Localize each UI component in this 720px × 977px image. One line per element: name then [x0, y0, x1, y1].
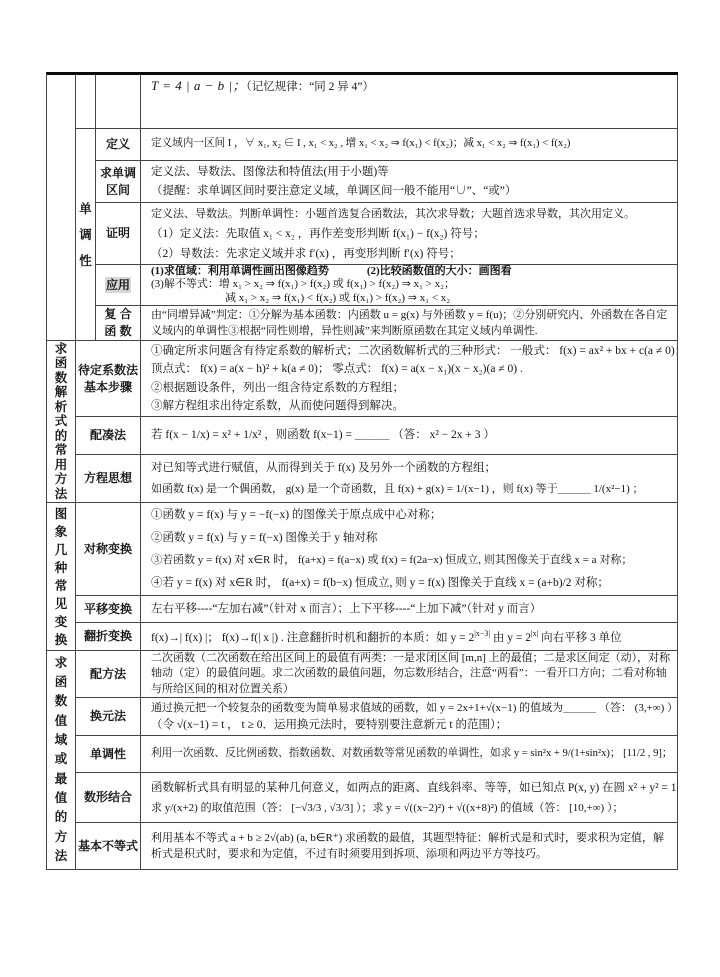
row-label-number-shape: 数形结合: [76, 773, 141, 823]
paragraph: 由“同增异减”判定：①分解为基本函数：内函数 u = g(x) 与外函数 y =…: [151, 307, 671, 339]
row-label-find-interval: 求单调 区间: [96, 161, 141, 203]
empty-cell: [76, 75, 96, 129]
paragraph: 二次函数（二次函数在给出区间上的最值有两类：一是求闭区间 [m,n] 上的最值；…: [151, 651, 671, 697]
application-cell: (1)求值域：利用单调性画出图像趋势(2)比较函数值的大小：画图看 (3)解不等…: [141, 265, 678, 306]
line: 通过换元把一个较复杂的函数变为简单易求值域的函数，如 y = 2x+1+√(x−…: [151, 700, 671, 717]
line: 顶点式： f(x) = a(x − h)² + k(a ≠ 0)； 零点式： f…: [151, 360, 671, 379]
row-label-undetermined-coefficients: 待定系数法 基本步骤: [76, 341, 141, 417]
row-label-basic-inequality: 基本不等式: [76, 823, 141, 870]
equation-idea-cell: 对已知等式进行赋值，从而得到关于 f(x) 及另外一个函数的方程组； 如函数 f…: [141, 455, 678, 503]
line: 若 f(x − 1/x) = x² + 1/x² ，则函数 f(x−1) = ＿…: [151, 426, 671, 445]
line: （1）定义法：先取值 x₁ < x₂ ，再作差变形判断 f(x₁) − f(x₂…: [151, 224, 671, 244]
undetermined-coefficients-cell: ①确定所求问题含有待定系数的解析式；二次函数解析式的三种形式： 一般式： f(x…: [141, 341, 678, 417]
empty-corner-cell: [47, 75, 76, 341]
period-formula-cell: T = 4 | a − b |；（记忆规律：“同 2 异 4”）: [141, 75, 678, 129]
monotonicity-method-cell: 利用一次函数、反比例函数、指数函数、对数函数等常见函数的单调性，如求 y = s…: [141, 736, 678, 773]
row-label-application: 应用: [96, 265, 141, 306]
line: （令 √(x−1) = t ， t ≥ 0．运用换元法时，要特别要注意新元 t …: [151, 717, 671, 734]
line: 利用一次函数、反比例函数、指数函数、对数函数等常见函数的单调性，如求 y = s…: [151, 745, 671, 764]
period-formula: T = 4 | a − b |；: [151, 78, 246, 93]
fold-transform-cell: f(x)→| f(x) |； f(x)→f(| x |) . 注意翻折时机和翻折…: [141, 623, 678, 651]
number-shape-cell: 函数解析式具有明显的某种几何意义，如两点的距离、直线斜率、等等，如已知点 P(x…: [141, 773, 678, 823]
row-label-completing-square: 配方法: [76, 651, 141, 698]
section-title-graph-transforms: 图象几种常见变换: [47, 503, 76, 651]
line: ①函数 y = f(x) 与 y = −f(−x) 的图像关于原点成中心对称；: [151, 504, 671, 527]
symmetry-transform-cell: ①函数 y = f(x) 与 y = −f(−x) 的图像关于原点成中心对称； …: [141, 503, 678, 596]
row-label-symmetry-transform: 对称变换: [76, 503, 141, 596]
definition-cell: 定义域内一区间 I ，∀ x₁, x₂ ∈ I , x₁ < x₂ , 增 x₁…: [141, 129, 678, 161]
find-interval-cell: 定义法、导数法、图像法和特值法(用于小题)等 （提醒：求单调区间时要注意定义域，…: [141, 161, 678, 203]
row-label-peicou-method: 配凑法: [76, 417, 141, 455]
line: 求 y/(x+2) 的取值范围（答： [−√3/3 , √3/3] ）；求 y …: [151, 798, 671, 818]
line: 函数解析式具有明显的某种几何意义，如两点的距离、直线斜率、等等，如已知点 P(x…: [151, 778, 671, 798]
line: (1)求值域：利用单调性画出图像趋势(2)比较函数值的大小：画图看: [151, 265, 671, 278]
section-title-monotonicity: 单调性: [76, 129, 96, 341]
peicou-method-cell: 若 f(x − 1/x) = x² + 1/x² ，则函数 f(x−1) = ＿…: [141, 417, 678, 455]
line: （提醒：求单调区间时要注意定义域，单调区间一般不能用“∪”、“或”）: [151, 182, 671, 201]
line: ②根据题设条件，列出一组含待定系数的方程组；: [151, 379, 671, 398]
reference-table: T = 4 | a − b |；（记忆规律：“同 2 异 4”） 单调性 定义 …: [46, 72, 678, 870]
line: ③若函数 y = f(x) 对 x∈R 时， f(a+x) = f(a−x) 或…: [151, 549, 671, 572]
line: 定义法、导数法、图像法和特值法(用于小题)等: [151, 163, 671, 182]
row-label-translation-transform: 平移变换: [76, 596, 141, 623]
line: f(x)→| f(x) |； f(x)→f(| x |) . 注意翻折时机和翻折…: [151, 625, 671, 647]
composite-function-cell: 由“同增异减”判定：①分解为基本函数：内函数 u = g(x) 与外函数 y =…: [141, 306, 678, 341]
line: 定义法、导数法。判断单调性：小题首选复合函数法，其次求导数；大题首选求导数，其次…: [151, 204, 671, 224]
section-title-range-methods: 求函数值域或最值的方法: [47, 651, 76, 870]
row-label-composite-function: 复 合 函 数: [96, 306, 141, 341]
line: 对已知等式进行赋值，从而得到关于 f(x) 及另外一个函数的方程组；: [151, 458, 671, 479]
line: (3)解不等式：增 x₁ > x₂ ⇒ f(x₁) > f(x₂) 或 f(x₁…: [151, 278, 671, 291]
paragraph: 利用基本不等式 a + b ≥ 2√(ab) (a, b∈R⁺) 求函数的最值，…: [151, 830, 671, 862]
section-title-analytic-methods: 求函数解析式的常用方法: [47, 341, 76, 503]
empty-cell: [96, 75, 141, 129]
line: 减 x₁ > x₂ ⇒ f(x₁) < f(x₂) 或 f(x₁) > f(x₂…: [151, 292, 671, 305]
completing-square-cell: 二次函数（二次函数在给出区间上的最值有两类：一是求闭区间 [m,n] 上的最值；…: [141, 651, 678, 698]
line: 左右平移----“左加右减”（针对 x 而言）；上下平移----“上加下减”（针…: [151, 600, 671, 619]
line: ①确定所求问题含有待定系数的解析式；二次函数解析式的三种形式： 一般式： f(x…: [151, 342, 671, 361]
document-page: T = 4 | a − b |；（记忆规律：“同 2 异 4”） 单调性 定义 …: [0, 0, 720, 977]
line: 定义域内一区间 I ，∀ x₁, x₂ ∈ I , x₁ < x₂ , 增 x₁…: [151, 135, 671, 154]
row-label-equation-idea: 方程思想: [76, 455, 141, 503]
row-label-monotonicity-method: 单调性: [76, 736, 141, 773]
substitution-method-cell: 通过换元把一个较复杂的函数变为简单易求值域的函数，如 y = 2x+1+√(x−…: [141, 698, 678, 736]
translation-transform-cell: 左右平移----“左加右减”（针对 x 而言）；上下平移----“上加下减”（针…: [141, 596, 678, 623]
line: ②函数 y = f(x) 与 y = f(−x) 图像关于 y 轴对称: [151, 527, 671, 550]
row-label-proof: 证明: [96, 203, 141, 265]
row-label-substitution-method: 换元法: [76, 698, 141, 736]
memory-rule-note: （记忆规律：“同 2 异 4”）: [246, 81, 374, 93]
formula-line: T = 4 | a − b |；（记忆规律：“同 2 异 4”）: [151, 77, 671, 97]
line: ④若 y = f(x) 对 x∈R 时， f(a+x) = f(b−x) 恒成立…: [151, 572, 671, 595]
row-label-definition: 定义: [96, 129, 141, 161]
line: ③解方程组求出待定系数，从而使问题得到解决。: [151, 397, 671, 416]
line: （2）导数法：先求定义域并求 f′(x) ，再变形判断 f′(x) 符号；: [151, 244, 671, 264]
row-label-fold-transform: 翻折变换: [76, 623, 141, 651]
basic-inequality-cell: 利用基本不等式 a + b ≥ 2√(ab) (a, b∈R⁺) 求函数的最值，…: [141, 823, 678, 870]
proof-cell: 定义法、导数法。判断单调性：小题首选复合函数法，其次求导数；大题首选求导数，其次…: [141, 203, 678, 265]
line: 如函数 f(x) 是一个偶函数， g(x) 是一个奇函数，且 f(x) + g(…: [151, 479, 671, 500]
